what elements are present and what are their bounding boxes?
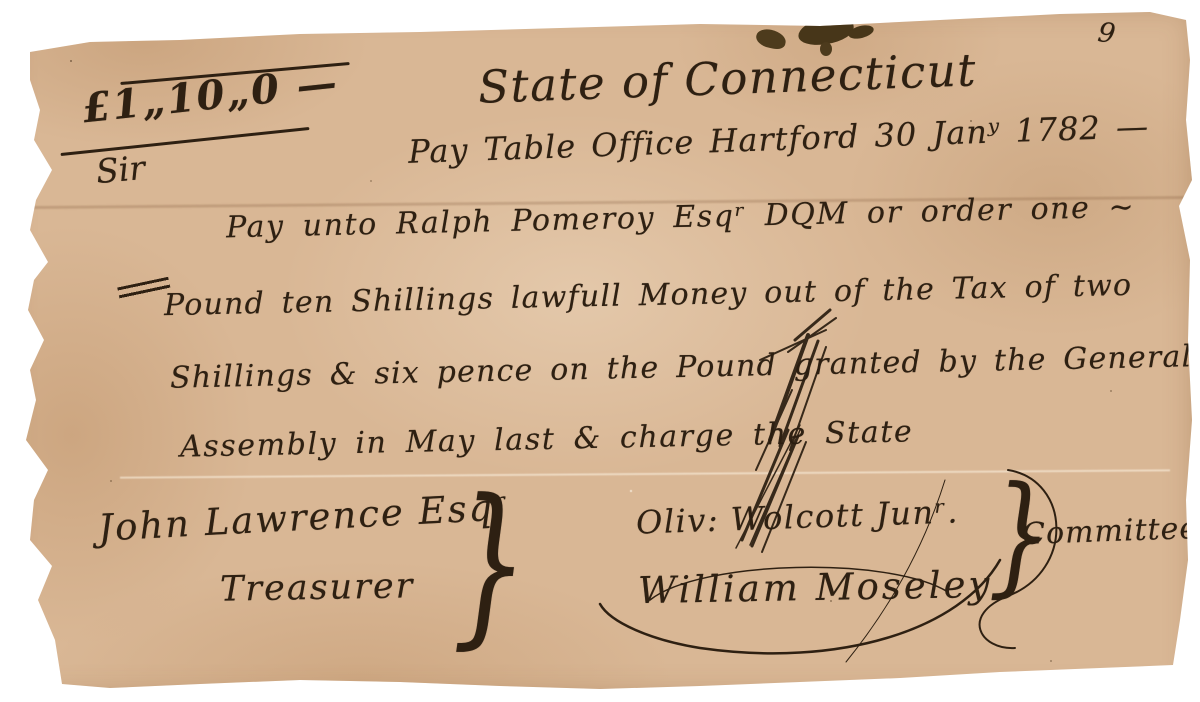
doc-dateline: Pay Table Office Hartford 30 Janʸ 1782 — [408,107,1150,171]
body-line: Pay unto Ralph Pomeroy Esqʳ DQM or order… [226,190,1136,246]
signature-brace-left: } [452,464,528,666]
body-line: Shillings & six pence on the Pound grant… [170,339,1193,395]
committee-label: Committee [1021,511,1198,552]
signature-title-treasurer: Treasurer [220,566,415,609]
page-number: 9 [1096,17,1117,50]
amount-notation: £1„10„0 — [80,59,341,133]
paper-specks [70,60,72,62]
doc-title: State of Connecticut [477,43,977,113]
document-paper: 9 State of Connecticut Pay Table Office … [0,0,1200,702]
signature-john-lawrence: John Lawrence Esqʳ [97,485,510,549]
margin-tick-marks [117,277,171,301]
body-line: Pound ten Shillings lawfull Money out of… [164,268,1133,323]
scan-background: { "document": { "page_number": "9", "amo… [0,0,1200,702]
salutation: Sir [94,148,146,191]
signature-william-moseley: William Moseley [638,563,993,612]
body-line: Assembly in May last & charge the State [180,414,914,464]
signature-oliver-wolcott: Oliv: Wolcott Junʳ. [635,492,959,541]
